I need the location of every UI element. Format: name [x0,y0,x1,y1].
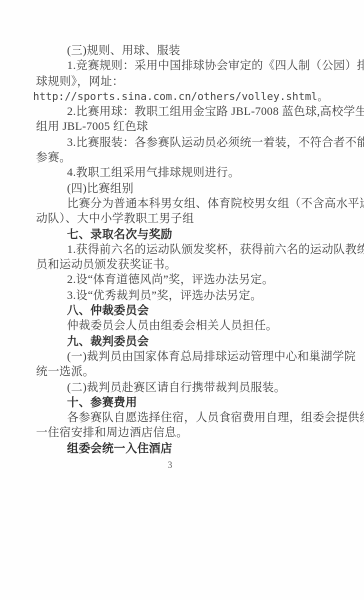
document-heading-line: 九、裁判委员会 [36,335,336,350]
document-line: 2.设“体育道德风尚”奖，评选办法另定。 [36,273,336,288]
document-heading-line: 七、录取名次与奖励 [36,228,336,243]
document-line: 比赛分为普通本科男女组、体育院校男女组（不含高水平运 [36,197,336,212]
document-heading-line: 十、参赛费用 [36,396,336,411]
document-line: (三)规则、用球、服装 [36,44,336,59]
document-line: (四)比赛组别 [36,182,336,197]
document-line: 参赛。 [36,151,336,166]
document-line: (一)裁判员由国家体育总局排球运动管理中心和巢湖学院 [36,350,336,365]
document-line: (二)裁判员赴赛区请自行携带裁判员服装。 [36,381,336,396]
document-line: 员和运动员颁发获奖证书。 [36,258,336,273]
document-content: (三)规则、用球、服装1.竞赛规则：采用中国排球协会审定的《四人制（公园）排球规… [36,44,336,457]
document-line: 各参赛队自愿选择住宿，人员食宿费用自理，组委会提供统 [36,411,336,426]
document-heading-line: 组委会统一入住酒店 [36,442,336,457]
document-heading-line: 八、仲裁委员会 [36,304,336,319]
document-line: 3.设“优秀裁判员”奖，评选办法另定。 [36,289,336,304]
document-line: http://sports.sina.com.cn/others/volley.… [33,90,336,105]
document-line: 球规则》，网址： [36,75,336,90]
page-number: 3 [0,460,340,470]
document-line: 一住宿安排和周边酒店信息。 [36,426,336,441]
document-line: 组用 JBL-7005 红色球 [36,120,336,135]
document-line: 统一选派。 [36,365,336,380]
document-page: (三)规则、用球、服装1.竞赛规则：采用中国排球协会审定的《四人制（公园）排球规… [0,0,364,600]
document-line: 4.教职工组采用气排球规则进行。 [36,166,336,181]
document-line: 2.比赛用球：教职工组用金宝路 JBL-7008 蓝色球,高校学生 [36,105,336,120]
document-line: 1.获得前六名的运动队颁发奖杯，获得前六名的运动队教练 [36,243,336,258]
document-line: 3.比赛服装：各参赛队运动员必须统一着装，不符合者不能 [36,136,336,151]
document-line: 1.竞赛规则：采用中国排球协会审定的《四人制（公园）排 [36,59,336,74]
document-line: 仲裁委员会人员由组委会相关人员担任。 [36,319,336,334]
document-line: 动队）、大中小学教职工男子组 [36,212,336,227]
